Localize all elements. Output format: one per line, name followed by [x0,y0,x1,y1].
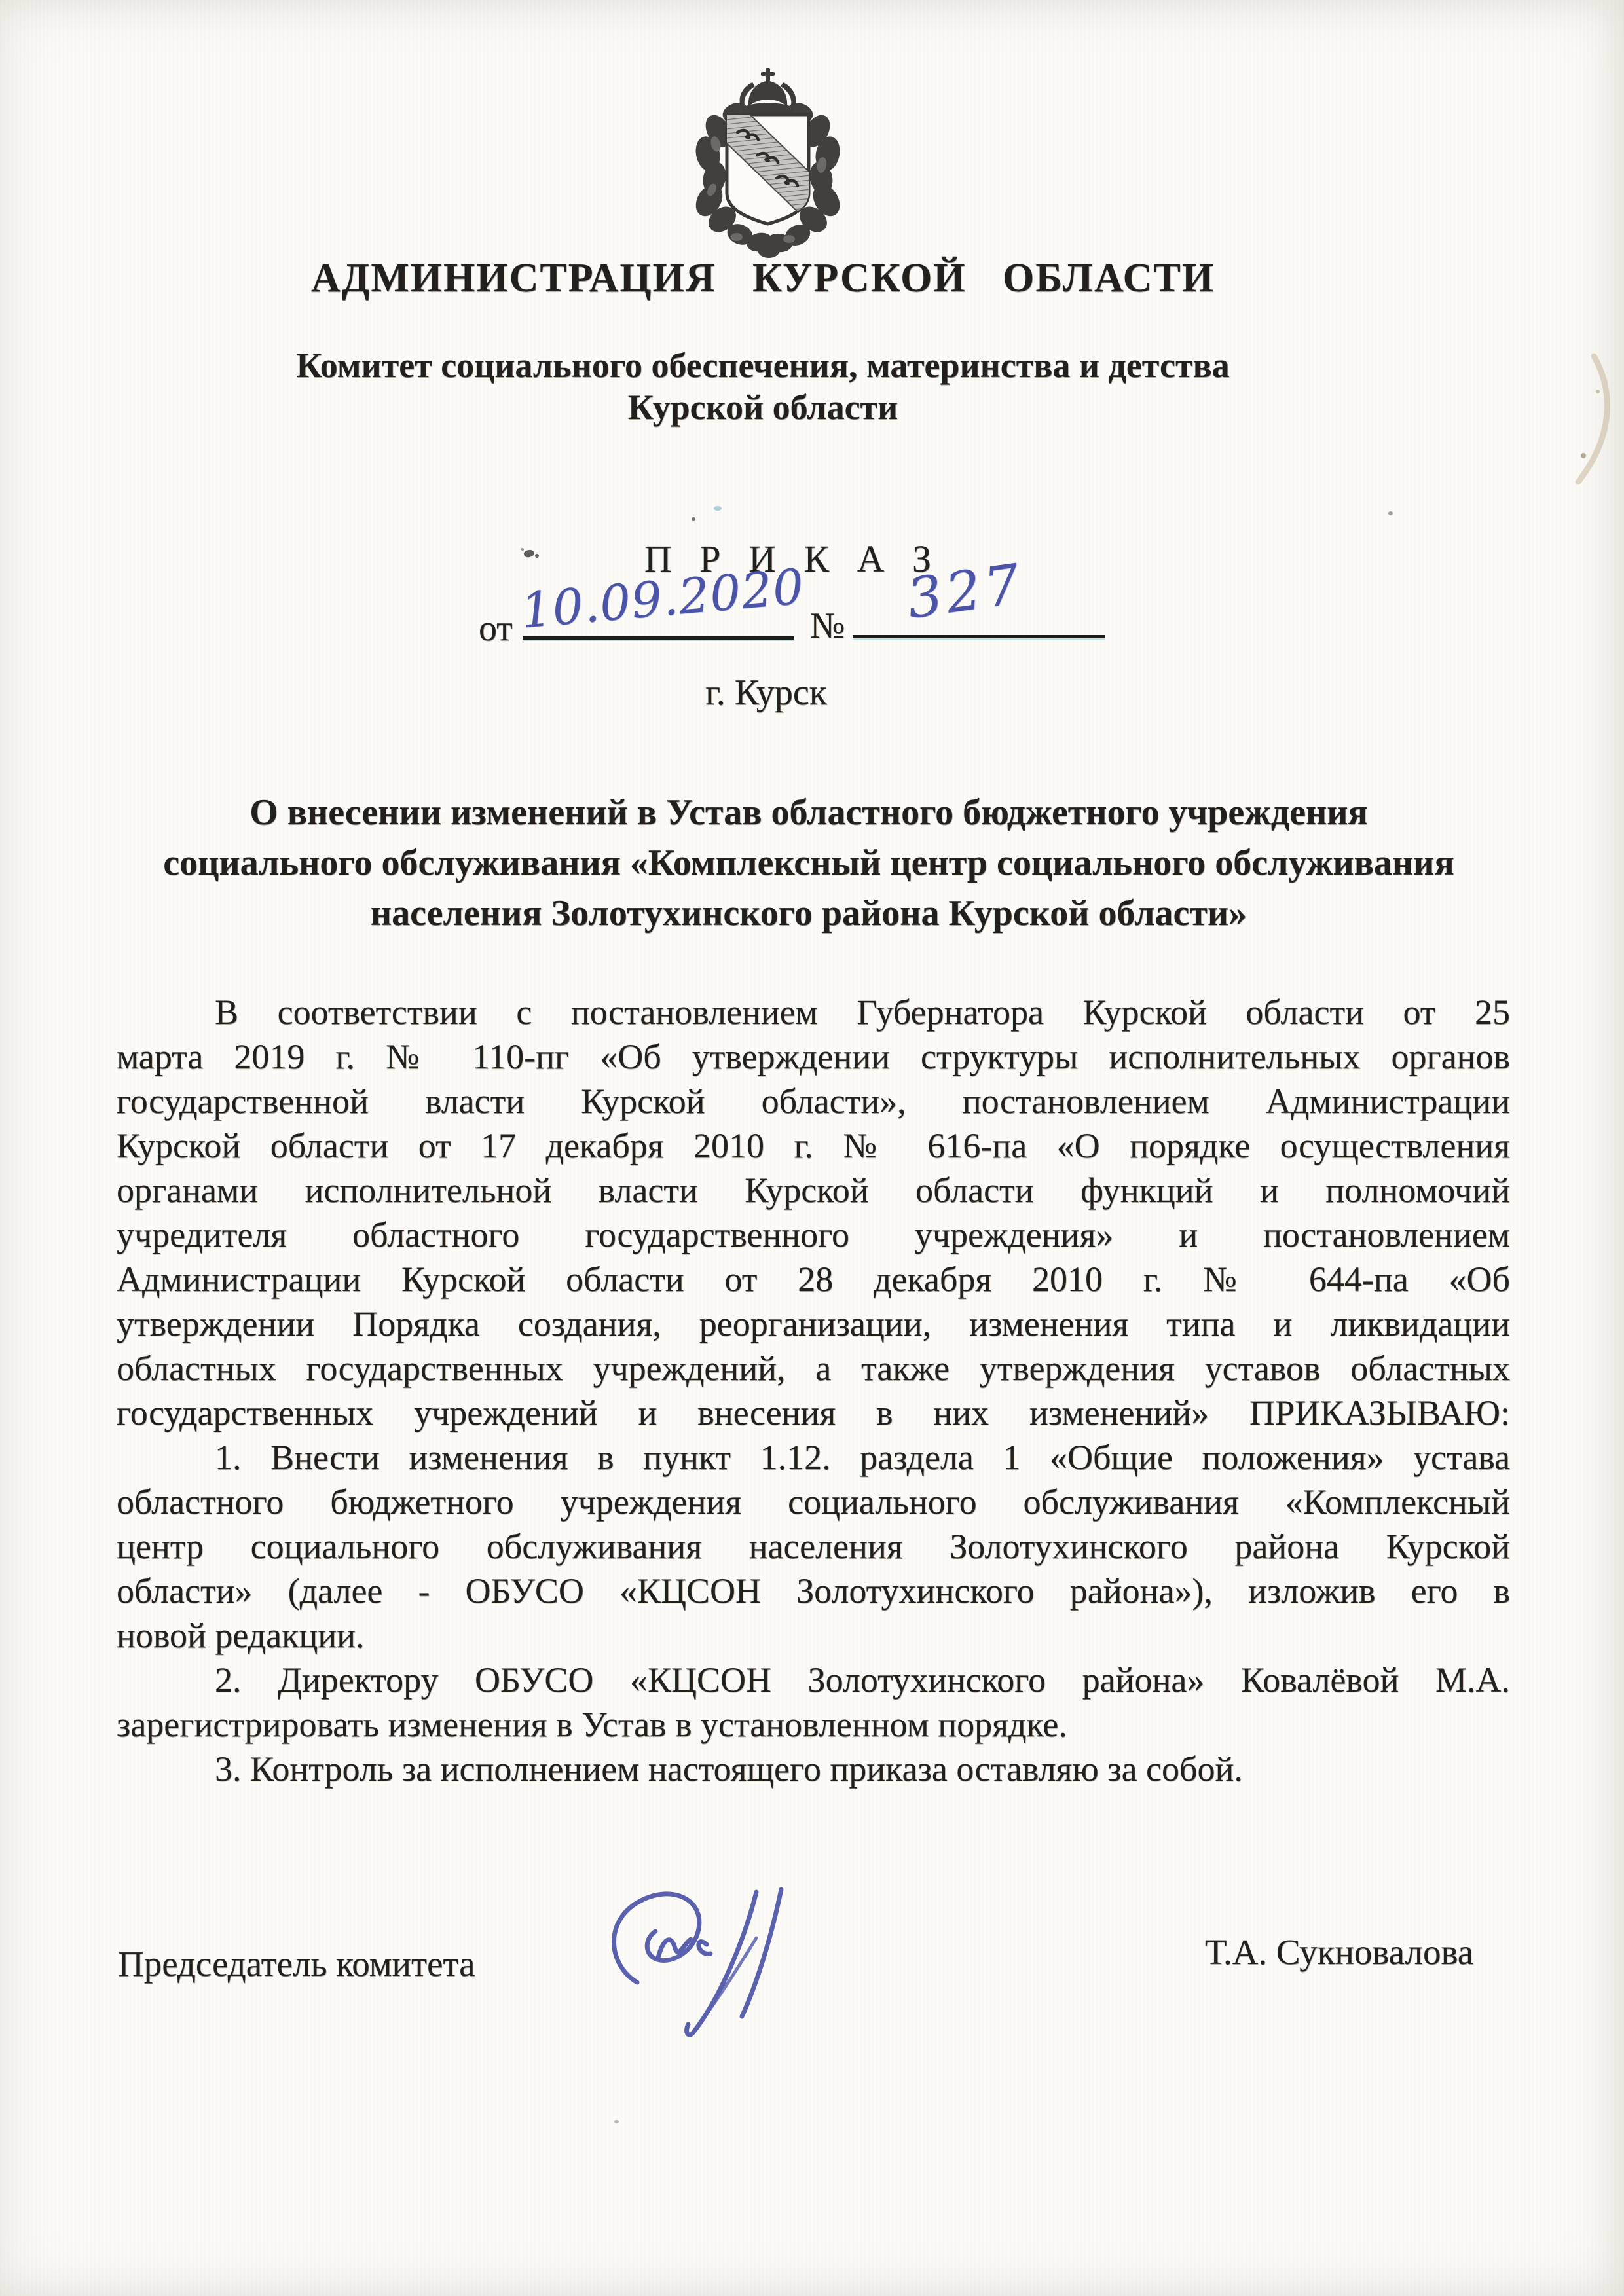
body-line: утверждении Порядка создания, реорганиза… [117,1302,1510,1346]
order-title: О внесении изменений в Устав областного … [98,788,1519,939]
order-body: В соответствии с постановлением Губернат… [117,990,1510,1791]
title-line: населения Золотухинского района Курской … [98,888,1519,939]
signer-name: Т.А. Сукновалова [1113,1931,1565,1973]
title-line: социального обслуживания «Комплексный це… [98,838,1519,888]
body-line: В соответствии с постановлением Губернат… [117,990,1510,1034]
body-line: новой редакции. [117,1613,1510,1658]
signer-role: Председатель комитета [118,1943,475,1984]
date-label: от [479,608,513,649]
body-line: Курской области от 17 декабря 2010 г. № … [117,1123,1510,1168]
body-line: областного бюджетного учреждения социаль… [117,1480,1510,1524]
body-line: 1. Внести изменения в пункт 1.12. раздел… [117,1435,1510,1480]
org-name-administration: АДМИНИСТРАЦИЯ КУРСКОЙ ОБЛАСТИ [0,255,1526,302]
crown-icon [740,68,796,118]
number-label: № [810,605,845,647]
body-line: Администрации Курской области от 28 дека… [117,1257,1510,1302]
body-line: областных государственных учреждений, а … [117,1346,1510,1391]
title-line: О внесении изменений в Устав областного … [98,788,1519,838]
body-line: 3. Контроль за исполнением настоящего пр… [117,1747,1510,1791]
body-line: зарегистрировать изменения в Устав в уст… [117,1702,1510,1747]
number-underline [853,635,1105,638]
body-line: учредителя областного государственного у… [117,1212,1510,1257]
paper-crease-smudge [1540,352,1622,493]
scan-speck-dot2 [1388,511,1393,515]
body-line: государственных учреждений и внесения в … [117,1391,1510,1435]
body-line: государственной власти Курской области»,… [117,1079,1510,1123]
body-line: марта 2019 г. № 110-пг «Об утверждении с… [117,1034,1510,1079]
scan-speck-blue [714,506,722,511]
org-name-committee-line2: Курской области [0,387,1526,428]
body-line: области» (далее - ОБУСО «КЦСОН Золотухин… [117,1569,1510,1613]
body-line: центр социального обслуживания населения… [117,1524,1510,1569]
scan-speck-dot [692,517,695,521]
kursk-coat-of-arms-emblem [658,65,877,259]
scanned-order-document: АДМИНИСТРАЦИЯ КУРСКОЙ ОБЛАСТИ Комитет со… [0,0,1624,2296]
scan-speck-dot3 [614,2120,619,2123]
body-line: органами исполнительной власти Курской о… [117,1168,1510,1212]
body-line: 2. Директору ОБУСО «КЦСОН Золотухинского… [117,1658,1510,1702]
signature-ink [560,1861,887,2057]
date-underline [523,636,794,640]
scan-smudge [521,547,541,559]
place-line: г. Курск [0,672,1532,714]
org-name-committee-line1: Комитет социального обеспечения, материн… [0,345,1526,386]
